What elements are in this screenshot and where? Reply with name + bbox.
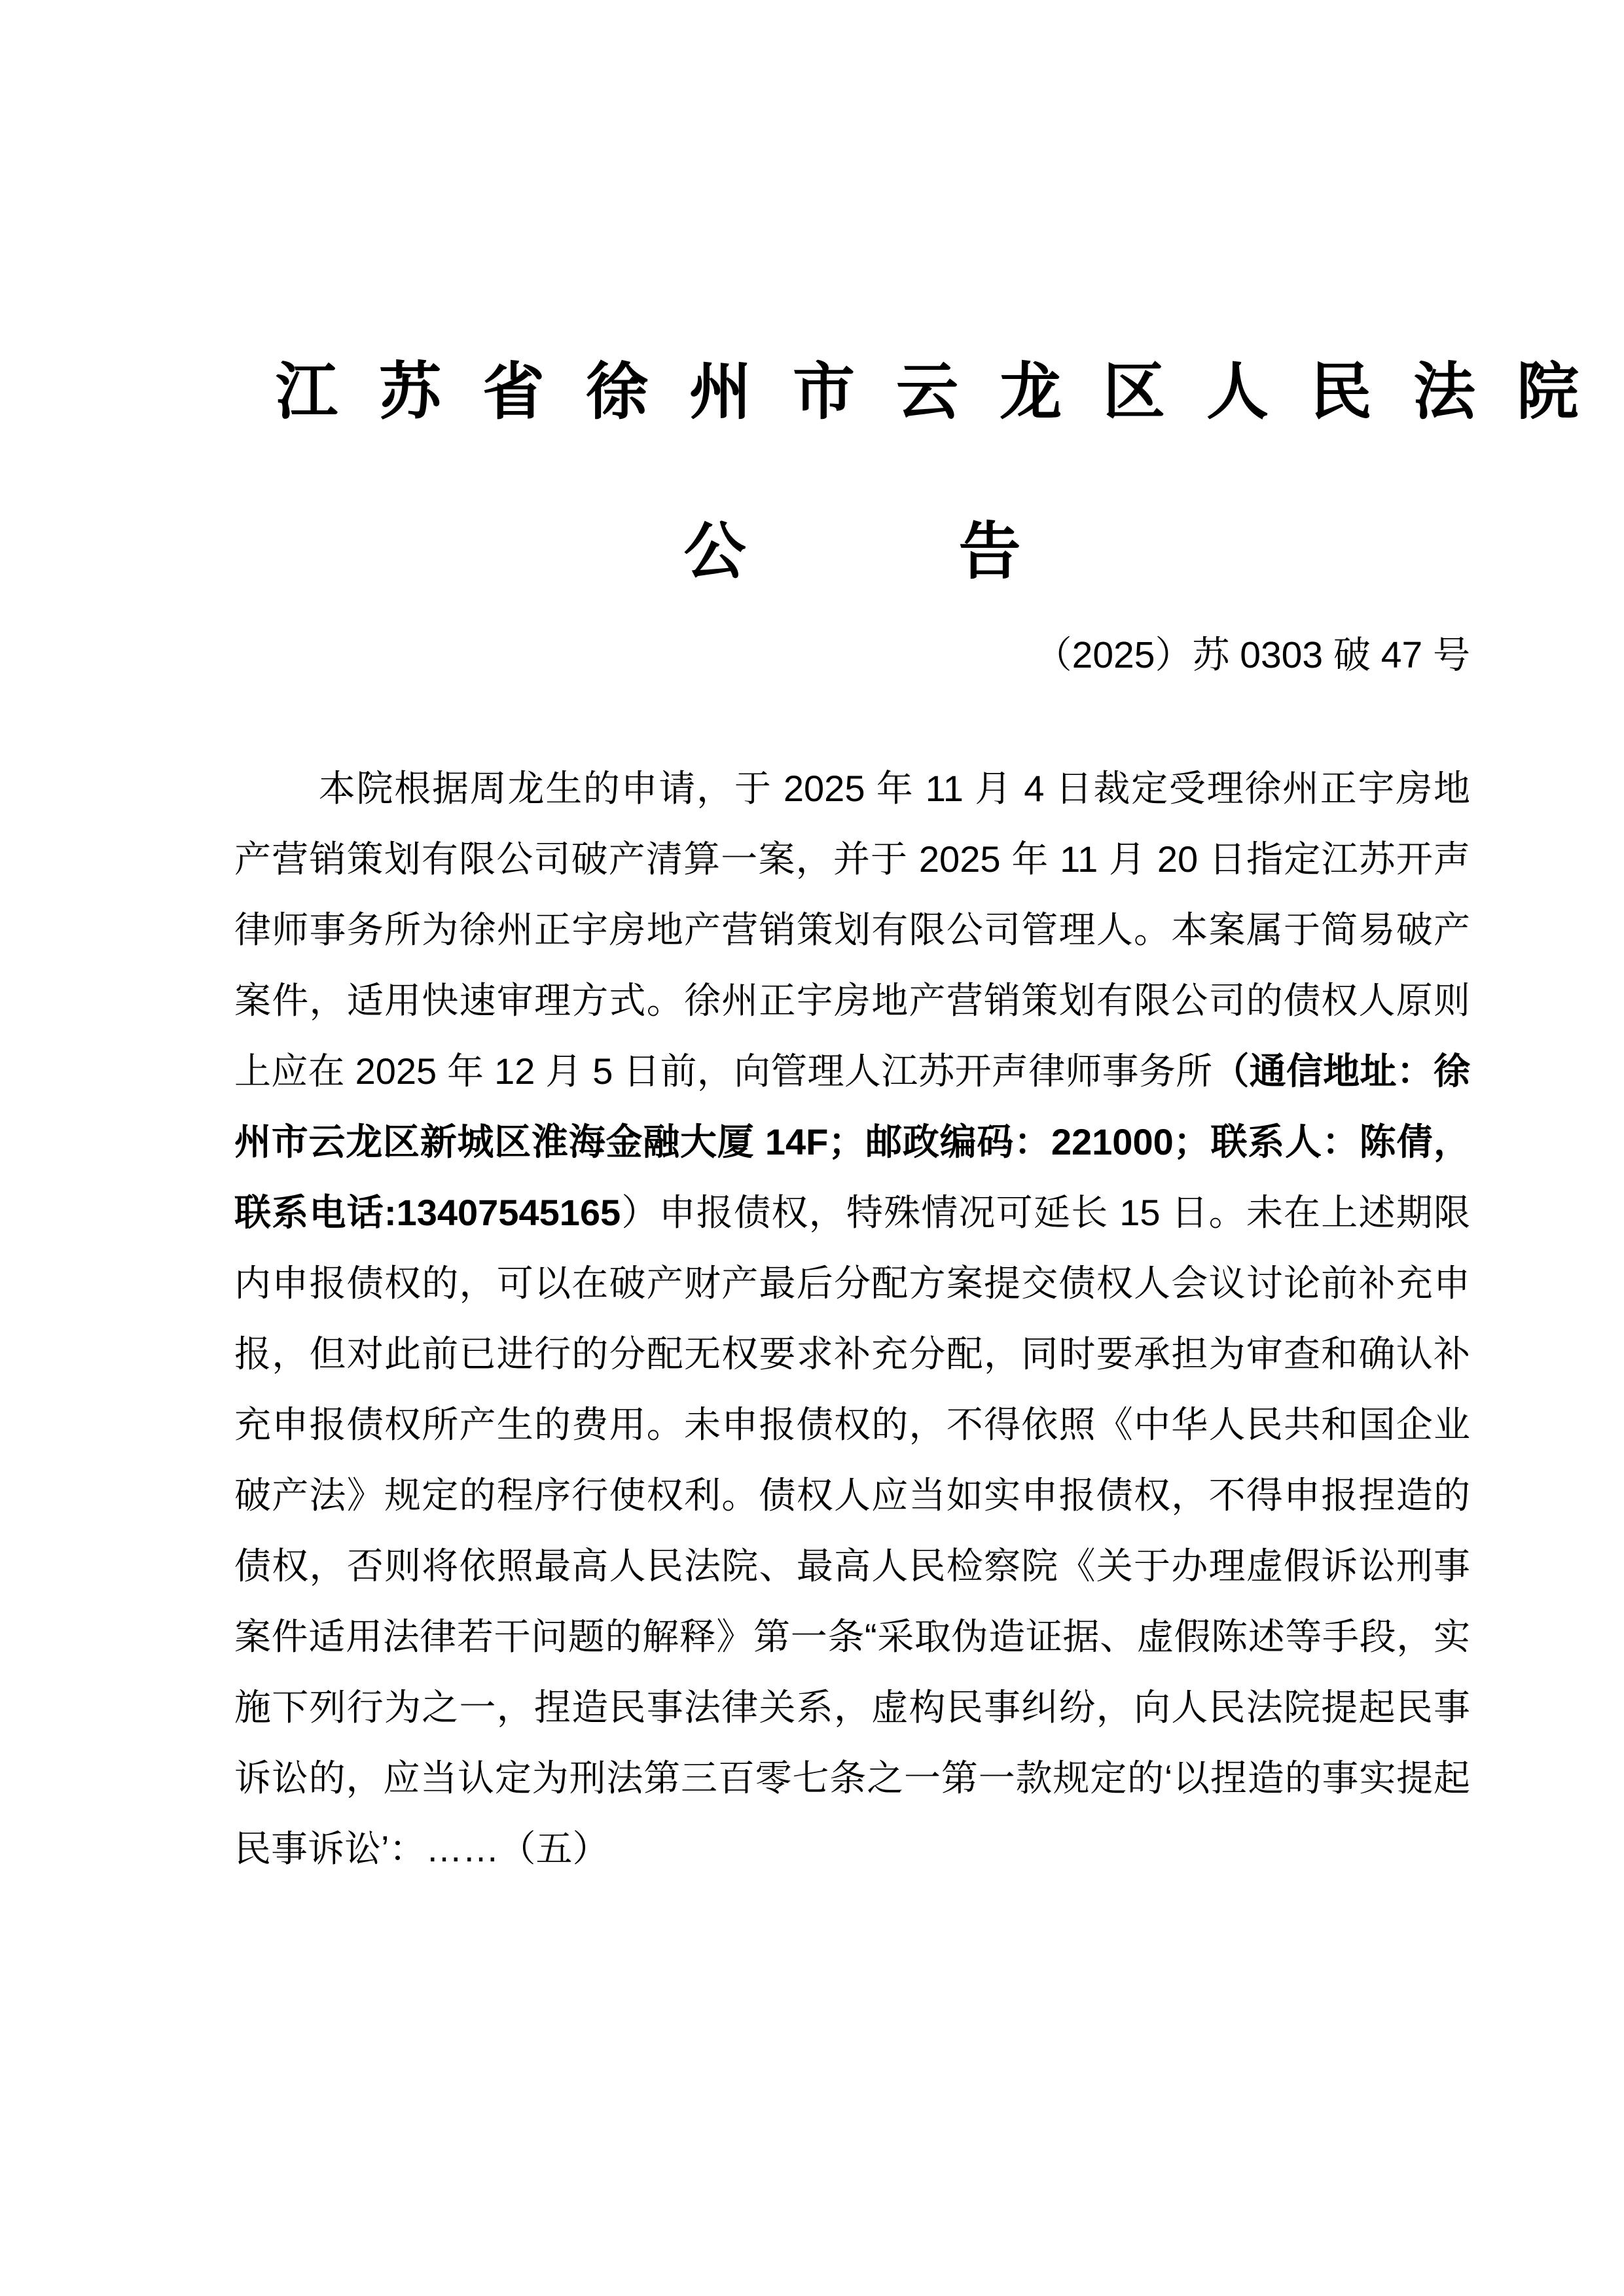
body-segment-1: 本院根据周龙生的申请，于 2025 年 11 月 4 日裁定受理徐州正宇房地产营… — [234, 768, 1470, 1092]
case-number: （2025）苏 0303 破 47 号 — [234, 619, 1470, 692]
court-name-heading: 江苏省徐州市云龙区人民法院 — [234, 359, 1470, 425]
body-paragraph: 本院根据周龙生的申请，于 2025 年 11 月 4 日裁定受理徐州正宇房地产营… — [234, 753, 1470, 1884]
document-page: 江苏省徐州市云龙区人民法院 公 告 （2025）苏 0303 破 47 号 本院… — [0, 0, 1624, 2296]
body-segment-3: ）申报债权，特殊情况可延长 15 日。未在上述期限内申报债权的，可以在破产财产最… — [234, 1192, 1470, 1869]
announcement-title: 公 告 — [234, 519, 1470, 584]
